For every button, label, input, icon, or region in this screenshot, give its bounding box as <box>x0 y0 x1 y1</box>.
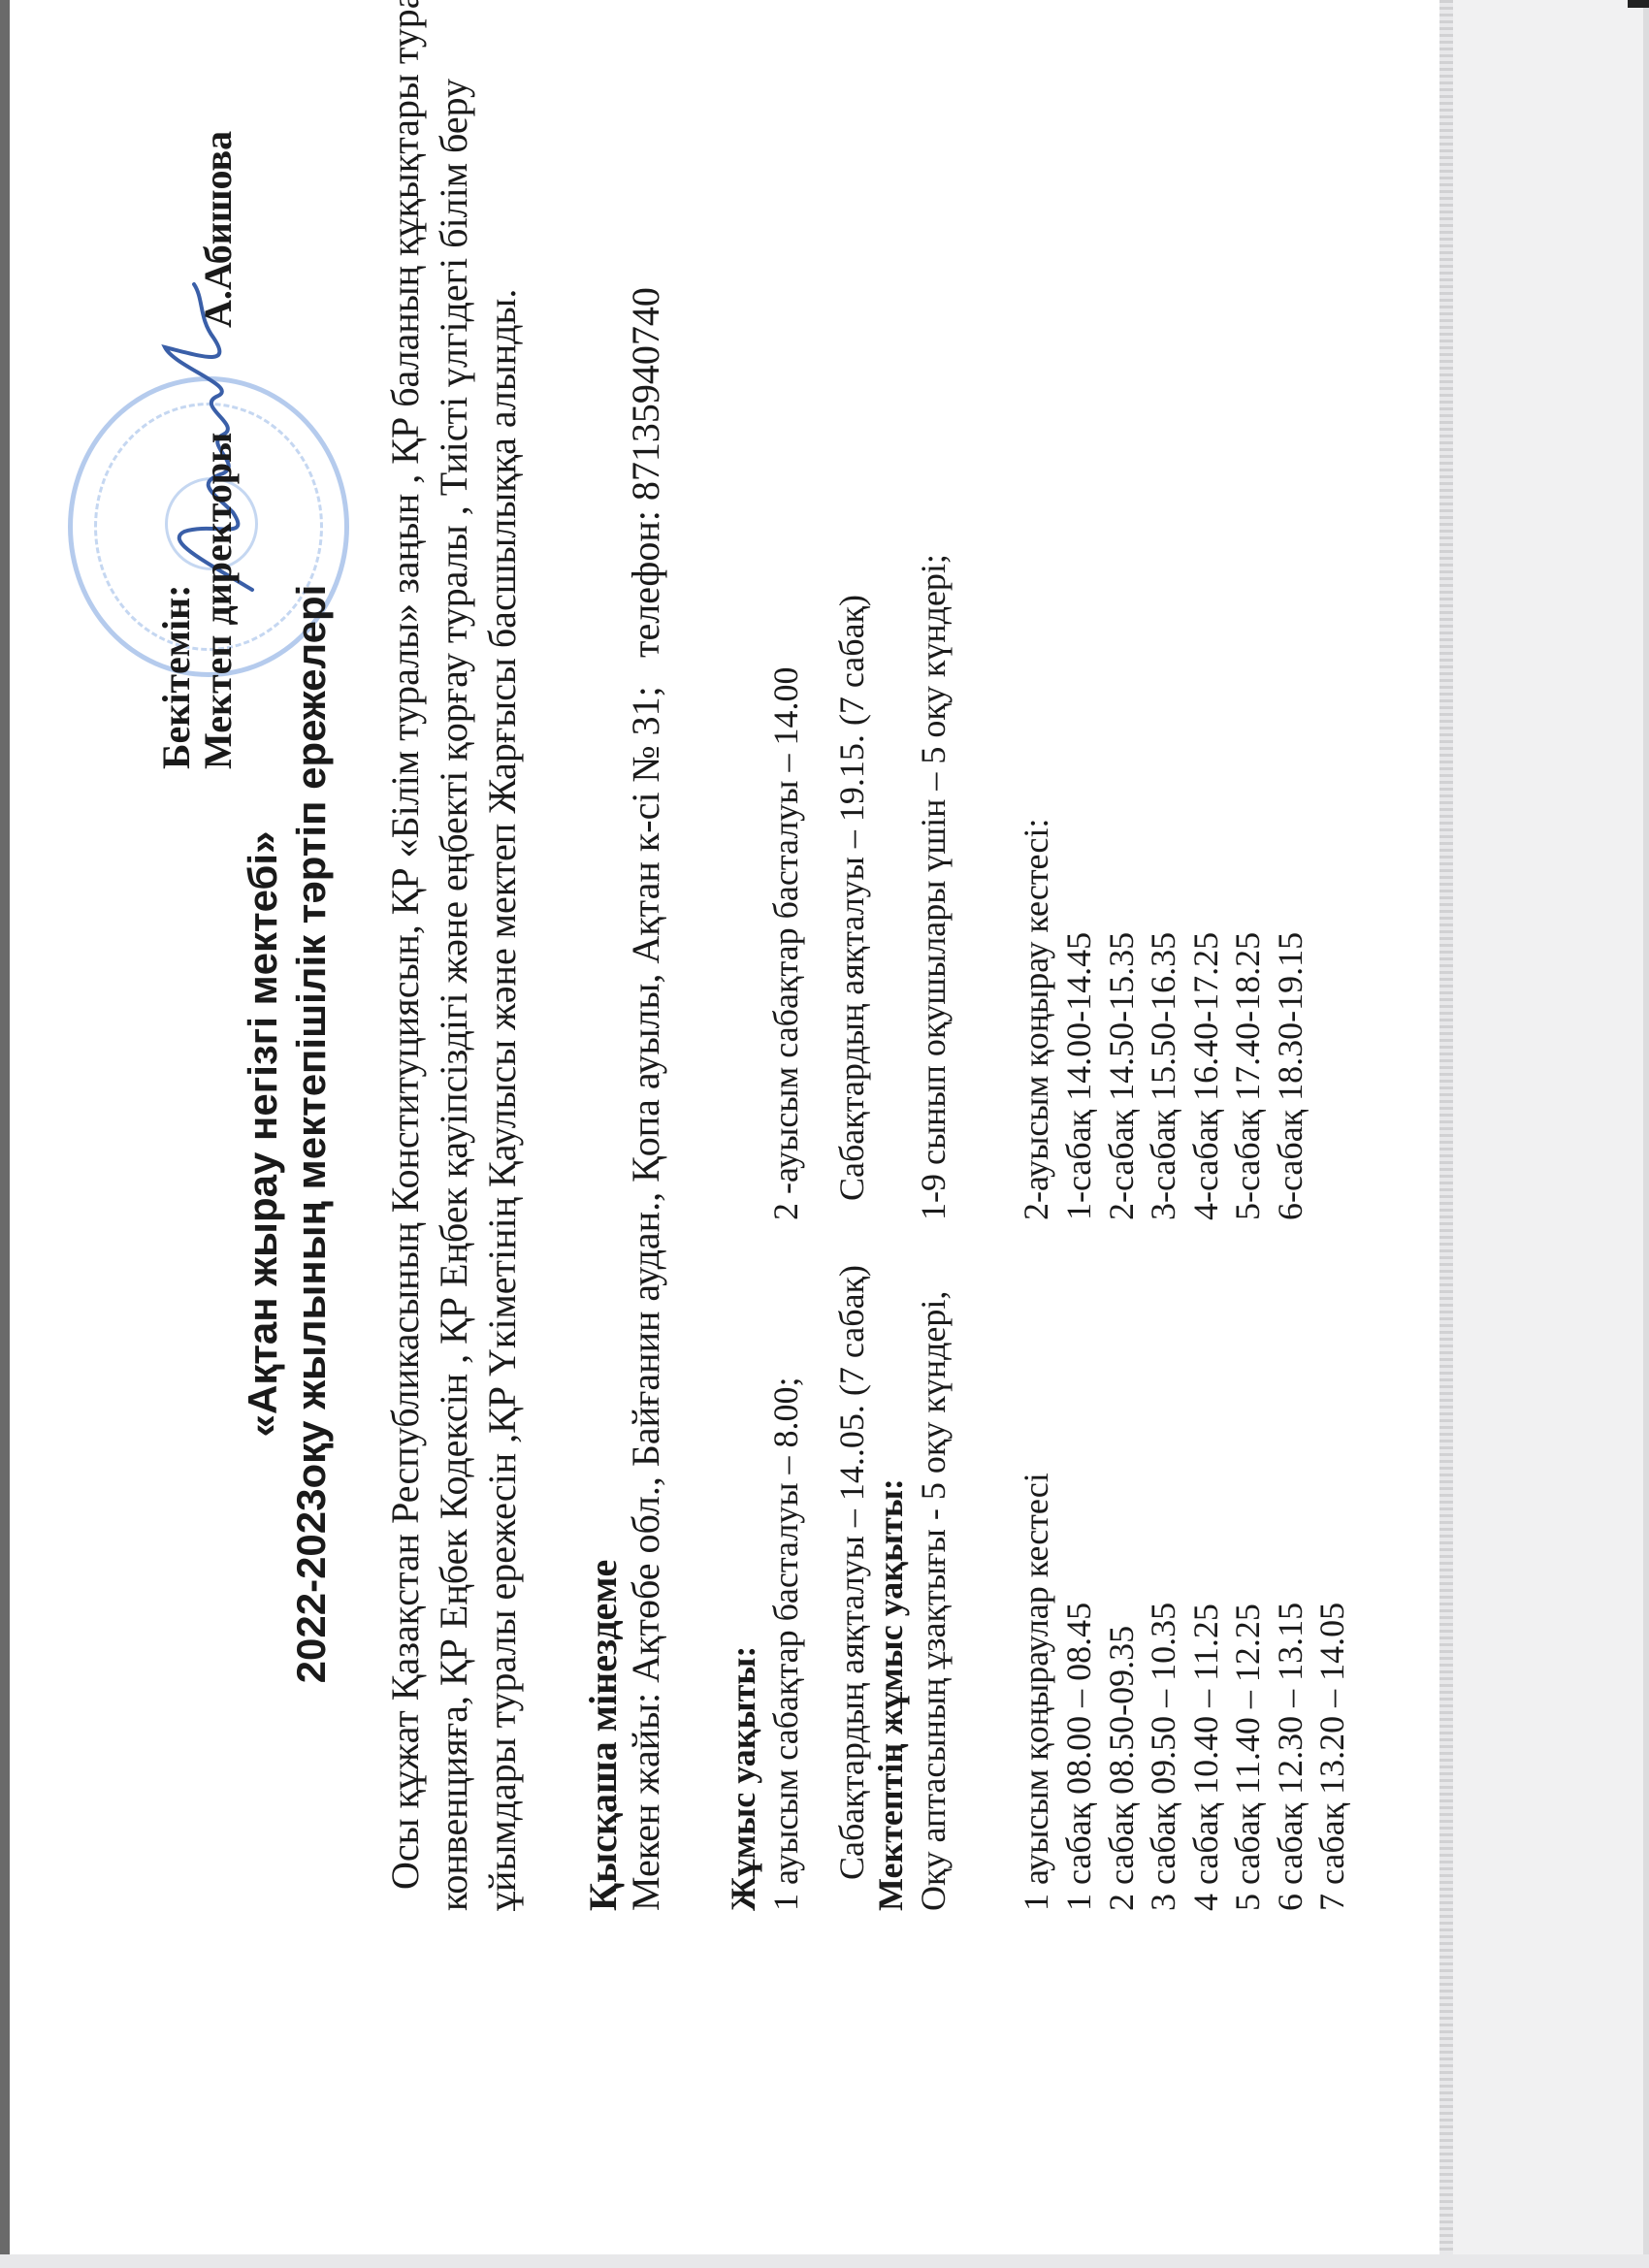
document-title: 2022-2023оқу жылының мектепішілік тәртіп… <box>291 0 332 2268</box>
document-page: Бекітемін: Мектеп директоры А.Абишова «А… <box>0 0 1649 2268</box>
approval-position: Мектеп директоры <box>199 433 238 769</box>
week-length: Оқу аптасының ұзақтығы - 5 оқу күндері, <box>916 1291 951 1911</box>
intro-line-1: Осы құжат Қазақстан Республикасының Конс… <box>386 47 425 1890</box>
shift1-end: Сабақтардың аяқталуы – 14..05. (7 сабақ) <box>834 1265 869 1880</box>
shift2-end: Сабақтардың аяқталуы – 19.15. (7 сабақ) <box>834 595 869 1201</box>
phone: телефон: 87135940740 <box>627 287 665 658</box>
bell-row: 7 сабақ 13.20 – 14.05 <box>1314 1603 1349 1911</box>
bell-row: 6 сабақ 12.30 – 13.15 <box>1273 1603 1308 1911</box>
bell-row: 3 сабақ 09.50 – 10.35 <box>1146 1603 1180 1911</box>
intro-line-3: ұйымдары туралы ережесін ,ҚР Үкіметінің … <box>483 68 522 1911</box>
bell-row: 6-сабақ 18.30-19.15 <box>1273 932 1308 1220</box>
school-name-title: «Ақтан жырау негізгі мектебі» <box>242 0 283 2268</box>
school-hours-heading: Мектептің жұмыс уақыты: <box>873 1478 908 1911</box>
bell-row: 4 сабақ 10.40 – 11.25 <box>1188 1604 1223 1911</box>
bell-row: 2-сабақ 14.50-15.35 <box>1104 932 1139 1220</box>
shift2-start: 2 -ауысым сабақтар басталуы – 14.00 <box>768 667 803 1221</box>
intro-line-2: конвенцияға, ҚР Еңбек Кодексін , ҚР Еңбе… <box>435 68 473 1911</box>
approval-label: Бекітемін: <box>157 585 196 770</box>
bell-schedule-1-heading: 1 ауысым қоңыраулар кестесі <box>1018 1473 1053 1911</box>
bell-row: 5-сабақ 17.40-18.25 <box>1230 932 1265 1220</box>
bell-row: 5 сабақ 11.40 – 12.25 <box>1230 1604 1265 1911</box>
address: Мекен жайы: Ақтөбе обл., Байғанин аудан.… <box>627 686 665 1911</box>
bell-schedule-2-heading: 2-ауысым қоңырау кестесі: <box>1018 819 1053 1220</box>
grades-days: 1-9 сынып оқушылары үшін – 5 оқу күндері… <box>916 554 951 1220</box>
summary-heading: Қысқаша мінездеме <box>584 1560 623 1911</box>
bell-row: 1 сабақ 08.00 – 08.45 <box>1061 1603 1096 1911</box>
bell-row: 1-сабақ 14.00-14.45 <box>1061 932 1096 1220</box>
bell-row: 2 сабақ 08.50-09.35 <box>1104 1626 1139 1911</box>
shift1-start: 1 ауысым сабақтар басталуы – 8.00; <box>768 1377 803 1911</box>
work-hours-heading: Жұмыс уақыты: <box>726 1646 760 1911</box>
approval-name: А.Абишова <box>199 131 238 328</box>
bell-row: 3-сабақ 15.50-16.35 <box>1146 932 1180 1220</box>
bell-row: 4-сабақ 16.40-17.25 <box>1188 932 1223 1220</box>
